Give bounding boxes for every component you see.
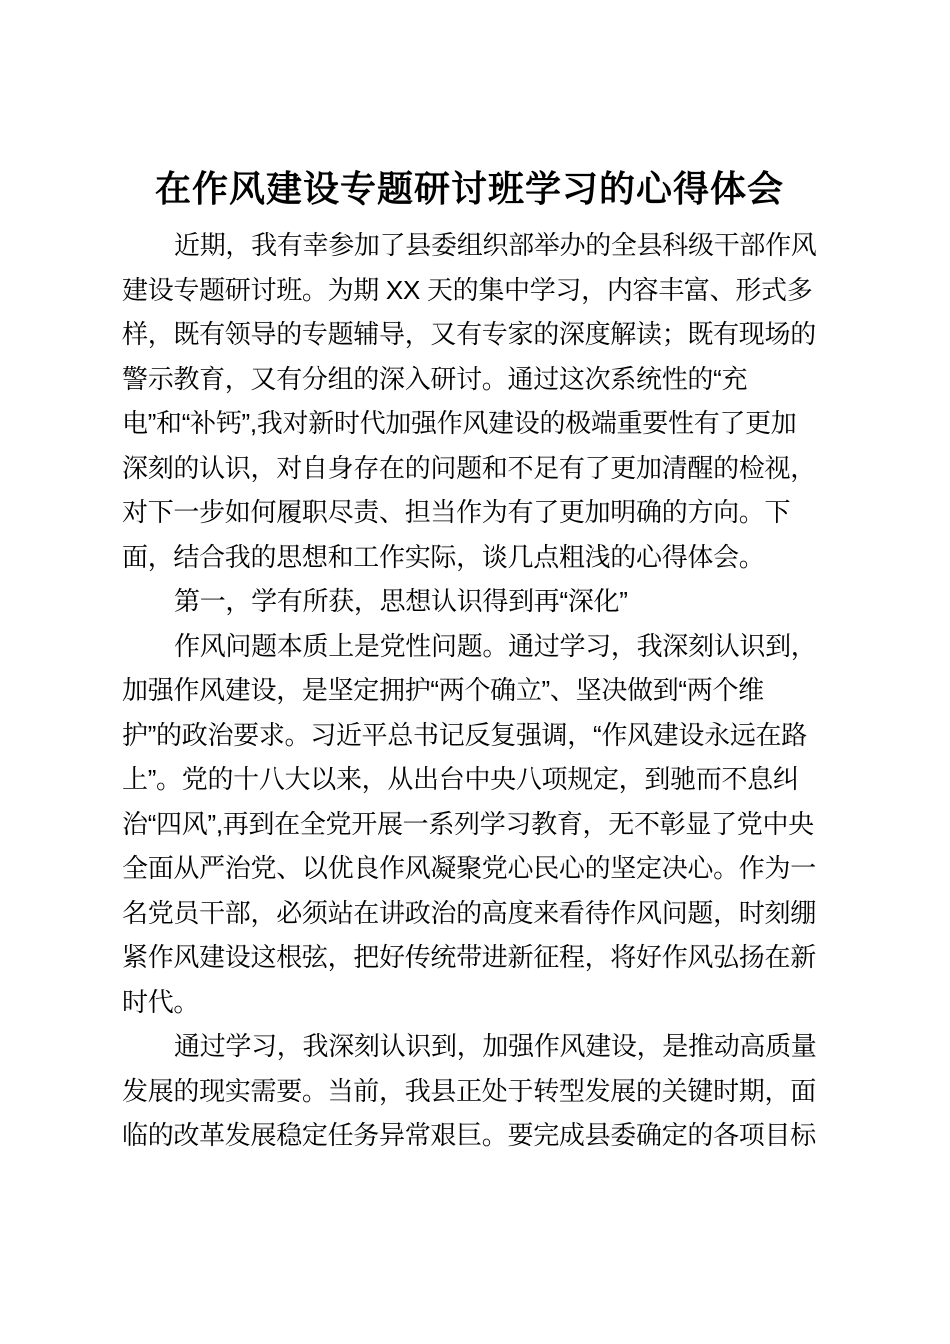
document-title: 在作风建设专题研讨班学习的心得体会 — [122, 166, 817, 212]
paragraph-body-1: 作风问题本质上是党性问题。通过学习，我深刻认识到，加强作风建设，是坚定拥护“两个… — [122, 624, 817, 1025]
text-line: 紧作风建设这根弦，把好传统带进新征程，将好作风弘扬在新 — [122, 935, 817, 980]
text-line: 治“四风”,再到在全党开展一系列学习教育，无不彰显了党中央 — [122, 802, 817, 847]
text-line: 样，既有领导的专题辅导，又有专家的深度解读；既有现场的 — [122, 312, 817, 357]
text-line: 加强作风建设，是坚定拥护“两个确立”、坚决做到“两个维 — [122, 668, 817, 713]
text-line: 深刻的认识，对自身存在的问题和不足有了更加清醒的检视， — [122, 446, 817, 491]
paragraph-body-2: 通过学习，我深刻认识到，加强作风建设，是推动高质量发展的现实需要。当前，我县正处… — [122, 1024, 817, 1158]
paragraph-section-heading-1: 第一，学有所获，思想认识得到再“深化” — [122, 579, 817, 624]
text-line: 护”的政治要求。习近平总书记反复强调，“作风建设永远在路 — [122, 713, 817, 758]
text-line: 警示教育，又有分组的深入研讨。通过这次系统性的“充 — [122, 357, 817, 402]
text-line: 通过学习，我深刻认识到，加强作风建设，是推动高质量 — [122, 1024, 817, 1069]
text-line: 时代。 — [122, 980, 817, 1025]
text-line: 近期，我有幸参加了县委组织部举办的全县科级干部作风 — [122, 223, 817, 268]
text-line: 上”。党的十八大以来，从出台中央八项规定，到驰而不息纠 — [122, 757, 817, 802]
paragraph-intro: 近期，我有幸参加了县委组织部举办的全县科级干部作风建设专题研讨班。为期 XX 天… — [122, 223, 817, 579]
text-line: 名党员干部，必须站在讲政治的高度来看待作风问题，时刻绷 — [122, 891, 817, 936]
text-line: 面，结合我的思想和工作实际，谈几点粗浅的心得体会。 — [122, 535, 817, 580]
document-page: 在作风建设专题研讨班学习的心得体会 近期，我有幸参加了县委组织部举办的全县科级干… — [0, 0, 950, 1344]
text-line: 作风问题本质上是党性问题。通过学习，我深刻认识到， — [122, 624, 817, 669]
text-line: 建设专题研讨班。为期 XX 天的集中学习，内容丰富、形式多 — [122, 268, 817, 313]
document-body: 近期，我有幸参加了县委组织部举办的全县科级干部作风建设专题研讨班。为期 XX 天… — [122, 223, 817, 1158]
text-line: 发展的现实需要。当前，我县正处于转型发展的关键时期，面 — [122, 1069, 817, 1114]
text-line: 电”和“补钙”,我对新时代加强作风建设的极端重要性有了更加 — [122, 401, 817, 446]
text-line: 全面从严治党、以优良作风凝聚党心民心的坚定决心。作为一 — [122, 846, 817, 891]
text-line: 临的改革发展稳定任务异常艰巨。要完成县委确定的各项目标 — [122, 1113, 817, 1158]
text-line: 对下一步如何履职尽责、担当作为有了更加明确的方向。下 — [122, 490, 817, 535]
text-line: 第一，学有所获，思想认识得到再“深化” — [122, 579, 817, 624]
